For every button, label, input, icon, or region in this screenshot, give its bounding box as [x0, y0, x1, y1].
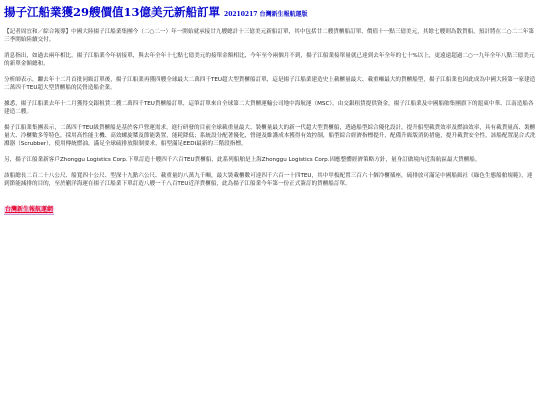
article-header: 揚子江船業獲29艘價值13億美元新船訂單20210217 台灣新生報航運版: [4, 4, 536, 22]
article-title: 揚子江船業獲29艘價值13億美元新船訂單: [4, 5, 220, 19]
article-paragraph-2: 消息指出，如過去兩年相比，揚子江船業今年初接單，與去年全年十七點七億美元的接單金…: [4, 52, 536, 68]
article-paragraph-1: 【記者周宜和／綜合報導】中國大陸揚子江船業集團今（二○二一）年一開始就承接廿九艘…: [4, 28, 536, 44]
article-body: 【記者周宜和／綜合報導】中國大陸揚子江船業集團今（二○二一）年一開始就承接廿九艘…: [4, 28, 536, 188]
article-paragraph-5: 揚子江船業集團表示，二萬四千TEU級貨櫃船是基於客戶營運需求，進行研發的目前全球…: [4, 124, 536, 148]
article-paragraph-6: 另，揚子江船業新客戶Zhonggu Logistics Corp.下單訂造十艘四…: [4, 156, 536, 164]
article-page: 揚子江船業獲29艘價值13億美元新船訂單20210217 台灣新生報航運版 【記…: [0, 0, 540, 215]
article-paragraph-7: 該船總長二百二十八公尺、船寬四十公尺、型深十九點六公尺、載重量約八萬九千噸，最大…: [4, 172, 536, 188]
source-link[interactable]: 台灣新生報航運網: [4, 206, 54, 215]
article-paragraph-4: 據悉，揚子江船業去年十二月獲得交銀租賃二艘二萬四千TEU貨櫃船訂單，這筆訂單來自…: [4, 100, 536, 116]
article-date-source: 20210217 台灣新生報航運版: [224, 11, 308, 18]
article-paragraph-3: 分析師表示，繼去年十二月首批同級訂單後，揚子江船業再獲四艘全球最大二萬四千TEU…: [4, 76, 536, 92]
